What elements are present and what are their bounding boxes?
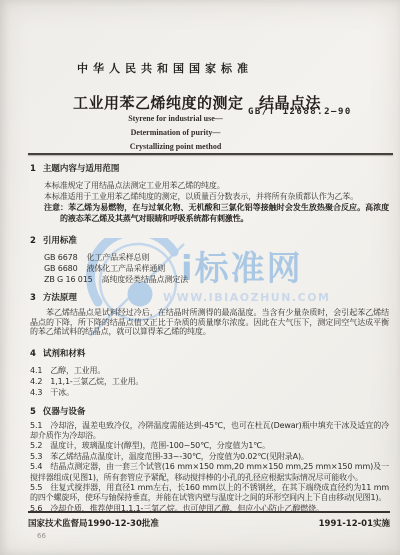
title-en-line-2: Determination of purity—: [63, 126, 288, 140]
clause-text: 苯乙烯结晶点温度计，温度范围-33~-30℃，分度值为0.02℃(见附录A)。: [50, 452, 308, 461]
section-1-heading: 1主题内容与适用范围: [30, 164, 389, 175]
document-body: 1主题内容与适用范围 本标准规定了用结晶点法测定工业用苯乙烯的纯度。 本标准适用…: [30, 158, 389, 514]
clause-text: 冷却浴，温差电致冷仪，冷阱温度需能达到-45℃，也可在杜瓦(Dewar)瓶中填充…: [30, 421, 389, 440]
clause-item: 5.1冷却浴，温差电致冷仪，冷阱温度需能达到-45℃，也可在杜瓦(Dewar)瓶…: [30, 421, 389, 442]
reference-title: 化工产品采样总则: [87, 253, 150, 262]
reference-item: GB 6678化工产品采样总则: [44, 252, 389, 263]
section-1-title: 主题内容与适用范围: [43, 164, 120, 174]
clause-item: 5.5往复式搅拌器，用直径1 mm左右，长160 mm以上的不锈钢丝，在其下端绕…: [30, 483, 389, 504]
clause-item: 4.1乙醇，工业用。: [30, 365, 389, 376]
clause-item: 4.3干冰。: [30, 387, 389, 398]
clause-item: 5.2温度计，玻璃温度计(醇型)，范围-100~50℃，分度值为1℃。: [30, 441, 389, 451]
implementation-date: 1991-12-01实施: [319, 517, 390, 529]
clause-item: 4.21,1,1-三氯乙烷，工业用。: [30, 376, 389, 387]
document-page: i标准网 WWW.IBIAOZHUN.COM 中华人民共和国国家标准 工业用苯乙…: [0, 0, 400, 555]
note-text: 苯乙烯为易燃物，在与过氧化物、无机酸和三氯化铝等接触时会发生放热聚合反应。高浓度…: [60, 203, 389, 223]
reference-code: GB 6678: [44, 253, 78, 262]
title-en-line-3: Crystallizing point method: [63, 140, 288, 154]
clause-number: 5.3: [30, 452, 42, 461]
clause-text: 1,1,1-三氯乙烷，工业用。: [50, 377, 143, 386]
clause-text: 结晶点测定器，由一套三个试管(16 mm×150 mm,20 mm×150 mm…: [30, 462, 389, 481]
clause-text: 温度计，玻璃温度计(醇型)，范围-100~50℃，分度值为1℃。: [50, 441, 270, 450]
reference-code: GB 6680: [44, 264, 78, 273]
reference-item: ZB G 16 015高纯度烃类结晶点测定法: [44, 274, 389, 285]
section-1-note: 注意：苯乙烯为易燃物，在与过氧化物、无机酸和三氯化铝等接触时会发生放热聚合反应。…: [60, 202, 389, 224]
note-label: 注意：: [44, 203, 68, 212]
section-3-heading: 3方法原理: [30, 293, 389, 304]
section-5-number: 5: [30, 407, 36, 417]
section-4-number: 4: [30, 349, 36, 359]
title-en-line-1: Styrene for industrial use—: [63, 112, 288, 126]
clause-text: 乙醇，工业用。: [50, 366, 105, 375]
section-5-heading: 5仪器与设备: [30, 407, 389, 418]
clause-number: 5.4: [30, 462, 42, 471]
clause-text: 往复式搅拌器，用直径1 mm左右，长160 mm以上的不锈钢丝，在其下端绕成直径…: [30, 483, 389, 502]
clause-number: 5.2: [30, 441, 42, 450]
reference-code: ZB G 16 015: [44, 275, 93, 284]
document-footer: 国家技术监督局1990-12-30批准 1991-12-01实施: [28, 511, 390, 529]
standard-label: 中华人民共和国国家标准: [30, 60, 300, 76]
page-number: 66: [37, 532, 46, 540]
header-divider: [28, 153, 393, 155]
reference-title: 高纯度烃类结晶点测定法: [102, 275, 188, 284]
section-2-number: 2: [30, 236, 36, 246]
section-1-paragraph-1: 本标准规定了用结晶点法测定工业用苯乙烯的纯度。: [44, 180, 389, 191]
section-3-paragraph: 苯乙烯结晶点是试料经过冷后，在结晶时所测得的最高温度。当含有少量杂质时，会引起苯…: [30, 308, 389, 337]
section-3-title: 方法原理: [43, 293, 77, 303]
section-5-title: 仪器与设备: [43, 407, 86, 417]
section-3-number: 3: [30, 293, 36, 303]
clause-text: 干冰。: [50, 388, 74, 397]
clause-number: 4.3: [30, 388, 42, 397]
section-1-paragraph-2: 本标准适用于工业用苯乙烯纯度的测定，以质量百分数表示，并将所有杂质都认作为乙苯。: [44, 191, 389, 202]
section-2-title: 引用标准: [43, 236, 77, 246]
document-title-en: Styrene for industrial use— Determinatio…: [63, 112, 288, 154]
section-4-heading: 4试剂和材料: [30, 349, 389, 360]
section-1-number: 1: [30, 164, 36, 174]
section-2-heading: 2引用标准: [30, 236, 389, 247]
reference-title: 液体化工产品采样通则: [87, 264, 166, 273]
approval-note: 国家技术监督局1990-12-30批准: [28, 517, 159, 529]
clause-number: 4.1: [30, 366, 42, 375]
clause-number: 5.1: [30, 421, 42, 430]
clause-number: 5.5: [30, 483, 42, 492]
clause-item: 5.4结晶点测定器，由一套三个试管(16 mm×150 mm,20 mm×150…: [30, 462, 389, 483]
section-4-title: 试剂和材料: [43, 349, 86, 359]
clause-item: 5.3苯乙烯结晶点温度计，温度范围-33~-30℃，分度值为0.02℃(见附录A…: [30, 452, 389, 462]
reference-item: GB 6680液体化工产品采样通则: [44, 263, 389, 274]
clause-number: 4.2: [30, 377, 42, 386]
